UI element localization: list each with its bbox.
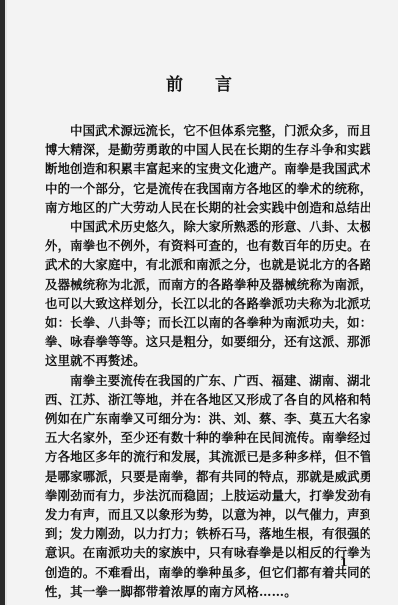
text-line: 如：长拳、八卦等；而长江以南的各拳种为南派功夫，如：洪	[45, 313, 370, 332]
text-line: 这里就不再赘述。	[45, 351, 370, 370]
paragraph-3: 南拳主要流传在我国的广东、广西、福建、湖南、湖北、江 西、江苏、浙江等地，并在各…	[45, 371, 370, 601]
text-line: 方各地区多年的流行和发展，其流派已是多种多样，但不管它们	[45, 447, 370, 466]
text-line: 发力有声，而且又以象形为势，以意为神，以气催力，声到力	[45, 505, 370, 524]
text-line: 博大精深，是勤劳勇敢的中国人民在长期的生存斗争和实践中，不	[45, 140, 370, 159]
text-line: 意识。在南派功夫的家族中，只有咏春拳是以相反的行拳为打法	[45, 543, 370, 562]
text-line: 拳刚劲而有力，步法沉而稳固；上肢运动量大，打拳发劲有力；	[45, 486, 370, 505]
text-line: 到；发力刚劲，以力打力；铁桥石马，落地生根，有很强的攻防	[45, 524, 370, 543]
text-line: 例如在广东南拳又可细分为：洪、刘、蔡、李、莫五大名家，除	[45, 409, 370, 428]
text-line: 南方地区的广大劳动人民在长期的社会实践中创造和总结出来的。	[45, 198, 370, 217]
paragraph-2: 中国武术历史悠久，除大家所熟悉的形意、八卦、太极等拳 外，南拳也不例外，有资料可…	[45, 217, 370, 371]
text-line: 是哪家哪派，只要是南拳，都有共同的特点，那就是威武勇猛，	[45, 467, 370, 486]
page-number: 1	[340, 556, 348, 569]
text-line: 中的一个部分，它是流传在我国南方各地区的拳术的统称，是我国	[45, 179, 370, 198]
text-line: 中国武术历史悠久，除大家所熟悉的形意、八卦、太极等拳	[45, 217, 370, 236]
book-page: 前言 中国武术源远流长，它不但体系完整，门派众多，而且理论 博大精深，是勤劳勇敢…	[0, 0, 398, 605]
text-line: 及器械统称为北派，而南方的各路拳种及器械统称为南派，我们	[45, 275, 370, 294]
text-line: 武术的大家庭中，有北派和南派之分，也就是说北方的各路拳种	[45, 255, 370, 274]
text-line: 断地创造和积累丰富起来的宝贵文化遗产。南拳是我国武术大家庭	[45, 159, 370, 178]
text-line: 外，南拳也不例外，有资料可查的，也有数百年的历史。在中国	[45, 236, 370, 255]
text-line: 创造的。不难看出，南拳的拳种虽多，但它们都有着共同的特	[45, 563, 370, 582]
text-line: 西、江苏、浙江等地，并在各地区又形成了各自的风格和特色。	[45, 390, 370, 409]
text-line: 也可以大致这样划分，长江以北的各路拳派功夫称为北派功夫，	[45, 294, 370, 313]
text-line: 性，其一拳一脚都带着浓厚的南方风格……。	[45, 582, 370, 601]
text-line: 五大名家外，至少还有数十种的拳种在民间流传。南拳经过在南	[45, 428, 370, 447]
paragraph-1: 中国武术源远流长，它不但体系完整，门派众多，而且理论 博大精深，是勤劳勇敢的中国…	[45, 121, 370, 217]
text-line: 南拳主要流传在我国的广东、广西、福建、湖南、湖北、江	[45, 371, 370, 390]
page-title: 前言	[0, 70, 398, 95]
body-text: 中国武术源远流长，它不但体系完整，门派众多，而且理论 博大精深，是勤劳勇敢的中国…	[45, 121, 370, 601]
text-line: 拳、咏春拳等等。这只是粗分，如要细分，还有这派、那派，在	[45, 332, 370, 351]
text-line: 中国武术源远流长，它不但体系完整，门派众多，而且理论	[45, 121, 370, 140]
